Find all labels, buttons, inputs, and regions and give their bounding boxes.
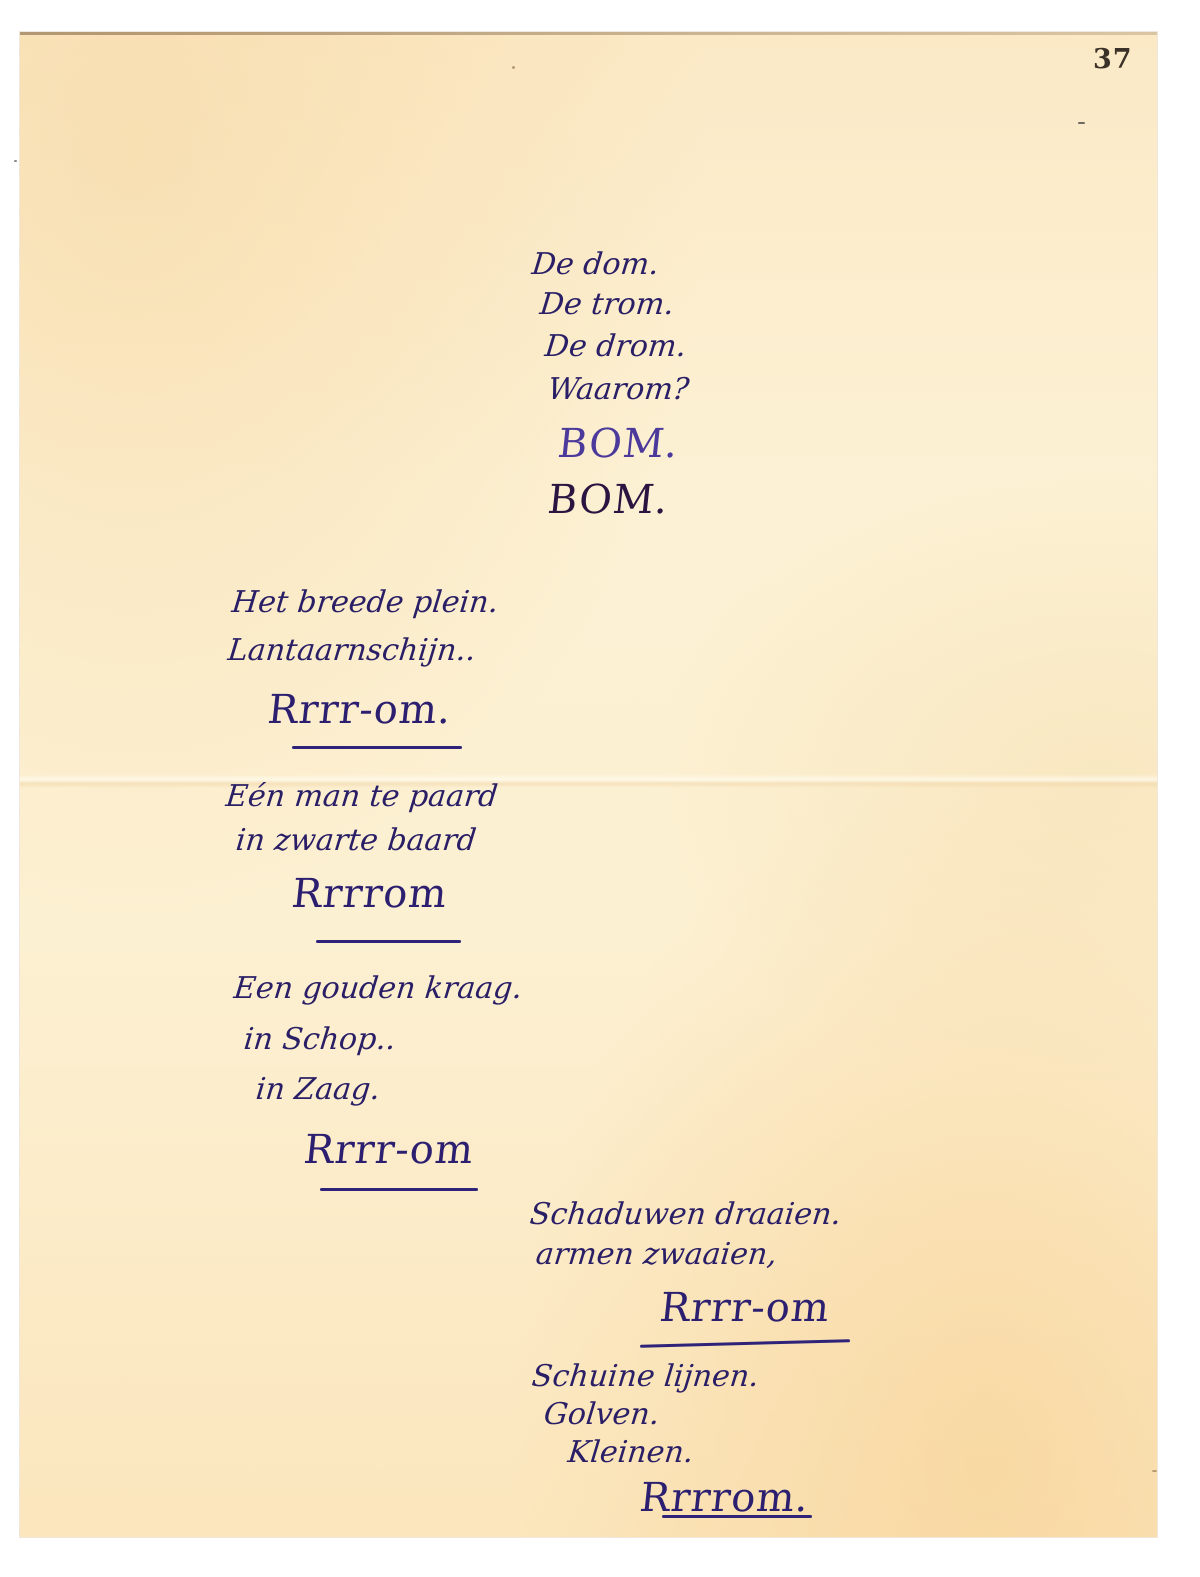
refrain-rrrom: Rrrrom.	[638, 1478, 811, 1518]
poem-line: in zwarte baard	[234, 826, 477, 856]
poem-line: De trom.	[538, 290, 675, 320]
poem-line: in Schop..	[242, 1025, 397, 1055]
underline	[292, 746, 462, 749]
poem-line: in Zaag.	[254, 1075, 381, 1105]
poem-line: armen zwaaien,	[534, 1240, 778, 1270]
poem-line: Golven.	[542, 1400, 660, 1430]
poem-line: De drom.	[543, 332, 687, 362]
paper-fold	[20, 774, 1157, 788]
refrain-rrrom: Rrrr-om	[658, 1288, 832, 1328]
refrain-bom: BOM.	[556, 424, 681, 464]
paper-mark	[1078, 122, 1085, 124]
poem-line: Eén man te paard	[224, 782, 499, 812]
refrain-rrrom: Rrrr-om	[302, 1130, 476, 1170]
poem-line: Het breede plein.	[230, 588, 499, 618]
underline	[662, 1515, 812, 1518]
paper-mark	[14, 160, 17, 162]
poem-line: Een gouden kraag.	[232, 974, 523, 1004]
paper-mark	[1152, 1470, 1157, 1472]
poem-line: Waarom?	[546, 375, 690, 405]
poem-line: Lantaarnschijn..	[226, 636, 477, 666]
refrain-rrrom: Rrrr-om.	[266, 690, 454, 730]
page-number: 37	[1093, 44, 1133, 75]
underline	[320, 1188, 478, 1191]
underline	[316, 940, 461, 943]
refrain-rrrom: Rrrrom	[290, 874, 450, 914]
refrain-bom: BOM.	[546, 480, 671, 520]
poem-line: Schaduwen draaien.	[528, 1200, 842, 1230]
poem-line: Kleinen.	[566, 1438, 694, 1468]
paper-speck	[512, 66, 515, 69]
poem-line: De dom.	[530, 250, 660, 280]
poem-line: Schuine lijnen.	[530, 1362, 760, 1392]
